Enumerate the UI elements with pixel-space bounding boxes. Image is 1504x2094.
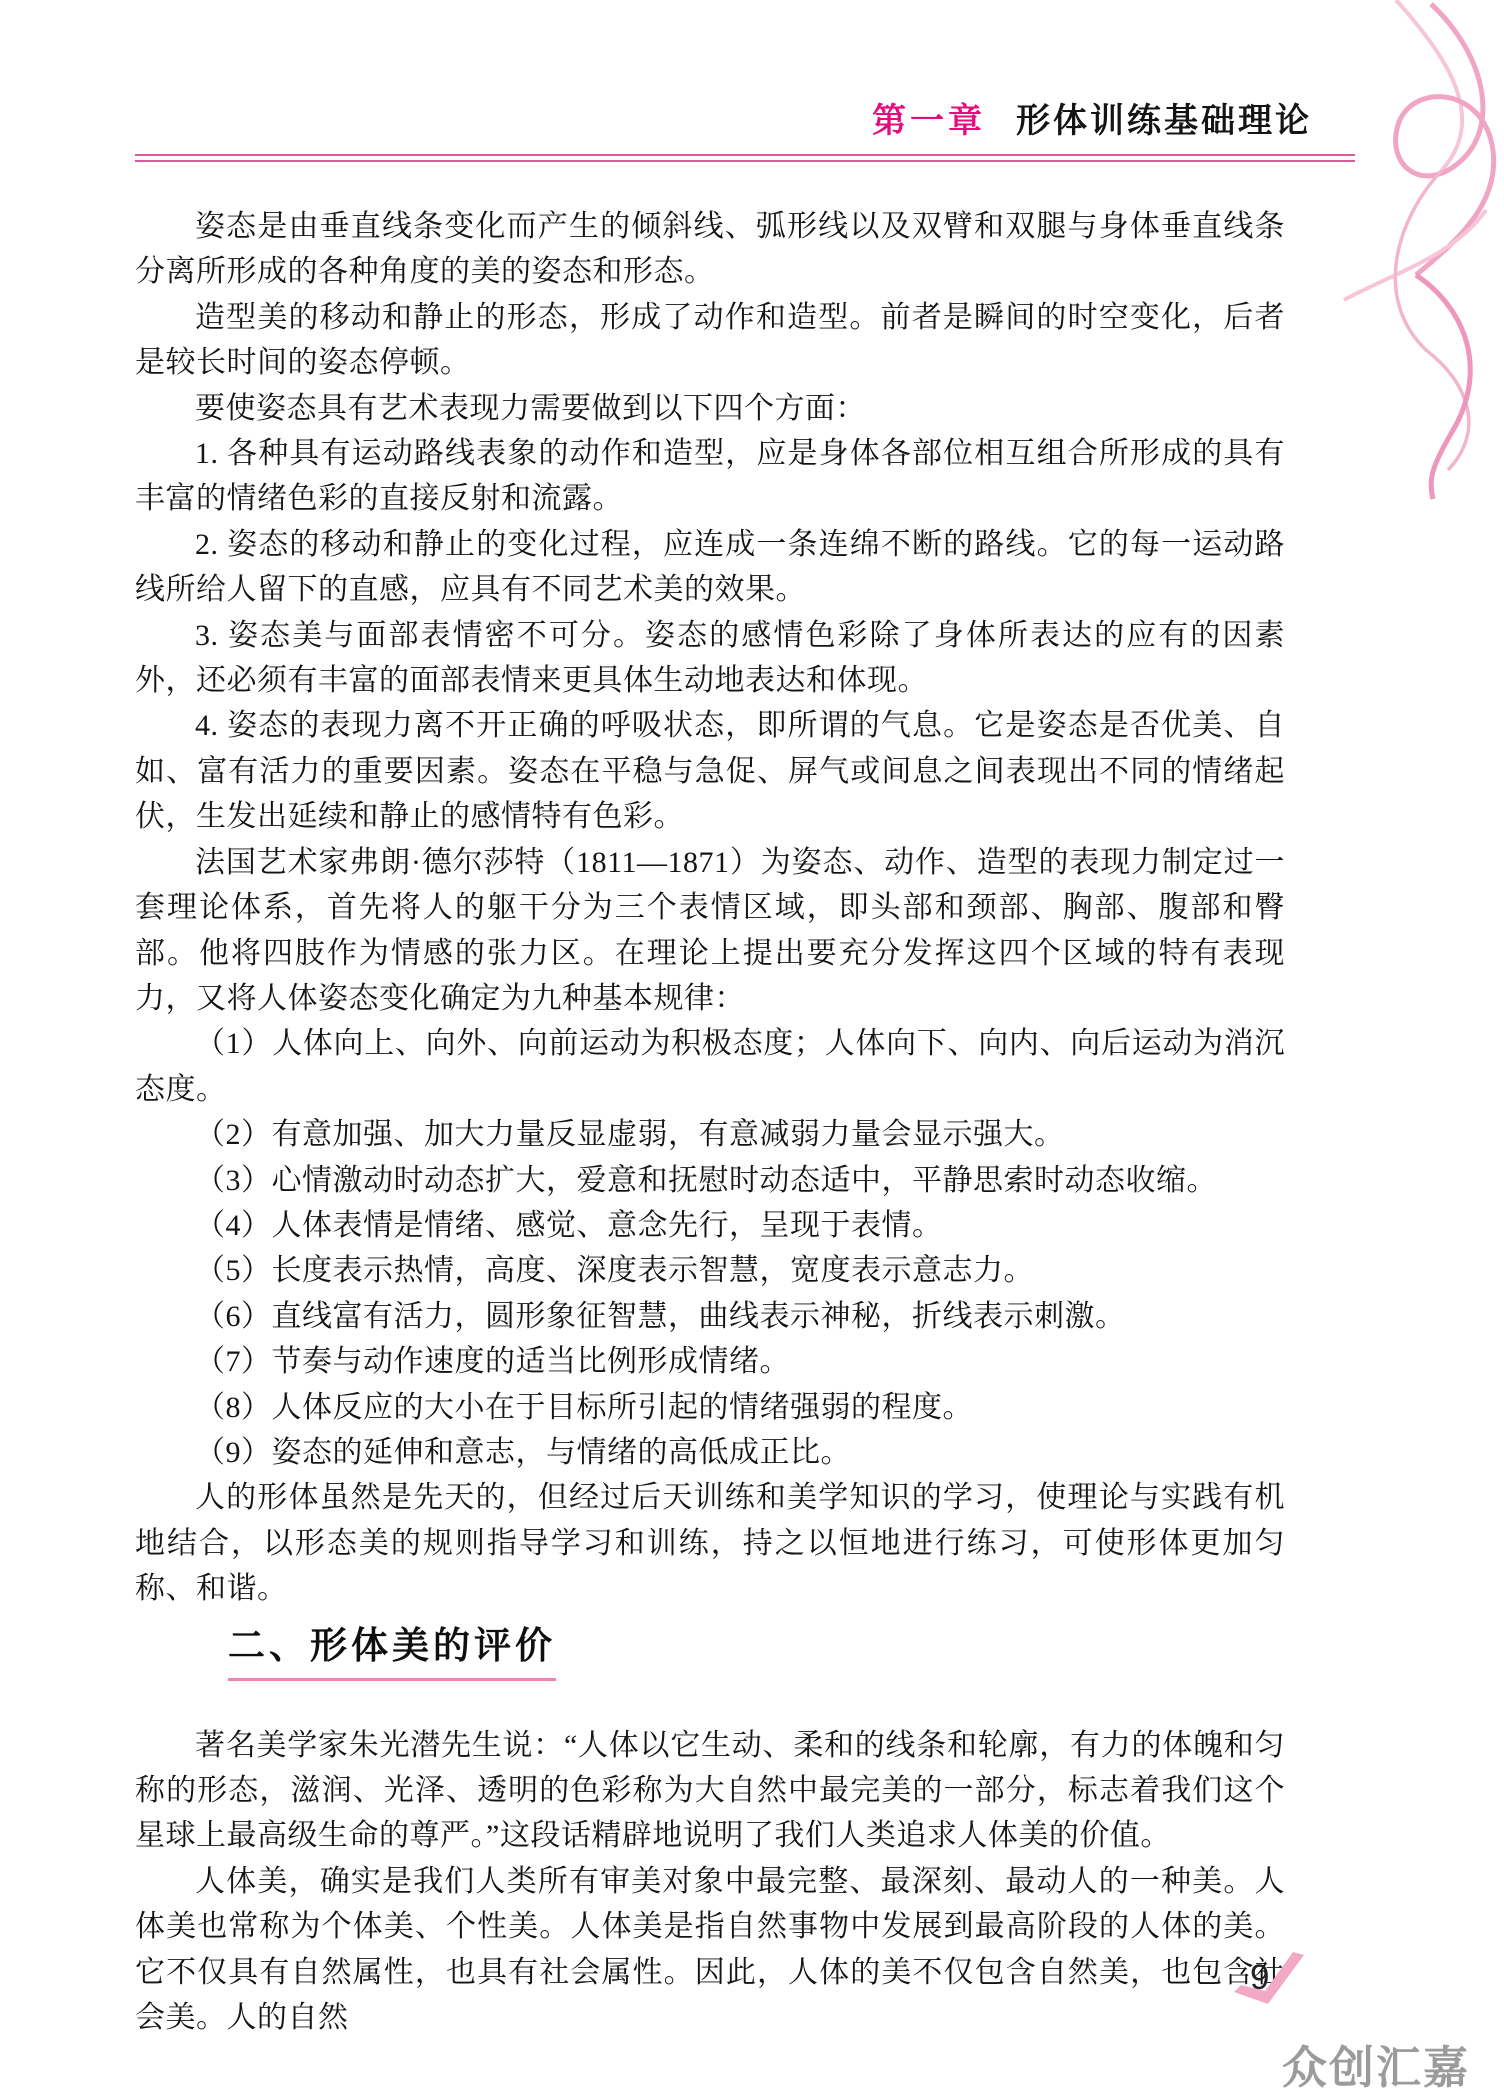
paragraph: （3）心情激动时动态扩大，爱意和抚慰时动态适中，平静思索时动态收缩。 [135,1158,1285,1203]
paragraph: 法国艺术家弗朗·德尔莎特（1811—1871）为姿态、动作、造型的表现力制定过一… [135,840,1285,1022]
paragraph: 1. 各种具有运动路线表象的动作和造型，应是身体各部位相互组合所形成的具有丰富的… [135,431,1285,522]
decorative-flourish-ornament [1336,0,1504,500]
paragraph: （8）人体反应的大小在于目标所引起的情绪强弱的程度。 [135,1385,1285,1430]
book-page: 第一章形体训练基础理论 姿态是由垂直线条变化而产生的倾斜线、弧形线以及双臂和双腿… [0,0,1504,2094]
paragraph: 造型美的移动和静止的形态，形成了动作和造型。前者是瞬间的时空变化，后者是较长时间… [135,295,1285,386]
paragraph: 人的形体虽然是先天的，但经过后天训练和美学知识的学习，使理论与实践有机地结合，以… [135,1475,1285,1611]
section-heading-text: 二、形体美的评价 [228,1624,556,1681]
header-double-rule [135,154,1355,162]
paragraph: （9）姿态的延伸和意志，与情绪的高低成正比。 [135,1430,1285,1475]
paragraph: 姿态是由垂直线条变化而产生的倾斜线、弧形线以及双臂和双腿与身体垂直线条分离所形成… [135,204,1285,295]
paragraph: （5）长度表示热情，高度、深度表示智慧，宽度表示意志力。 [135,1248,1285,1293]
paragraph: （7）节奏与动作速度的适当比例形成情绪。 [135,1339,1285,1384]
chapter-title: 形体训练基础理论 [1016,103,1312,140]
paragraph: 2. 姿态的移动和静止的变化过程，应连成一条连绵不断的路线。它的每一运动路线所给… [135,522,1285,613]
paragraph: （4）人体表情是情绪、感觉、意念先行，呈现于表情。 [135,1203,1285,1248]
section2-paragraph-group: 著名美学家朱光潜先生说：“人体以它生动、柔和的线条和轮廓，有力的体魄和匀称的形态… [135,1723,1285,2041]
paragraph: （6）直线富有活力，圆形象征智慧，曲线表示神秘，折线表示刺激。 [135,1294,1285,1339]
section-heading: 二、形体美的评价 [228,1624,1285,1681]
paragraph: 3. 姿态美与面部表情密不可分。姿态的感情色彩除了身体所表达的应有的因素外，还必… [135,613,1285,704]
paragraph: 要使姿态具有艺术表现力需要做到以下四个方面： [135,386,1285,431]
paragraph: 人体美，确实是我们人类所有审美对象中最完整、最深刻、最动人的一种美。人体美也常称… [135,1859,1285,2041]
paragraph: （1）人体向上、向外、向前运动为积极态度；人体向下、向内、向后运动为消沉态度。 [135,1021,1285,1112]
paragraph: （2）有意加强、加大力量反显虚弱，有意减弱力量会显示强大。 [135,1112,1285,1157]
running-header: 第一章形体训练基础理论 [872,101,1312,143]
publisher-watermark: 众创汇嘉 [1282,2042,1470,2094]
intro-paragraph-group: 姿态是由垂直线条变化而产生的倾斜线、弧形线以及双臂和双腿与身体垂直线条分离所形成… [135,204,1285,1612]
page-number-check-ornament [1232,1952,1308,2014]
chapter-number: 第一章 [872,103,986,140]
paragraph: 著名美学家朱光潜先生说：“人体以它生动、柔和的线条和轮廓，有力的体魄和匀称的形态… [135,1723,1285,1859]
text-column: 姿态是由垂直线条变化而产生的倾斜线、弧形线以及双臂和双腿与身体垂直线条分离所形成… [135,204,1285,2040]
paragraph: 4. 姿态的表现力离不开正确的呼吸状态，即所谓的气息。它是姿态是否优美、自如、富… [135,703,1285,839]
